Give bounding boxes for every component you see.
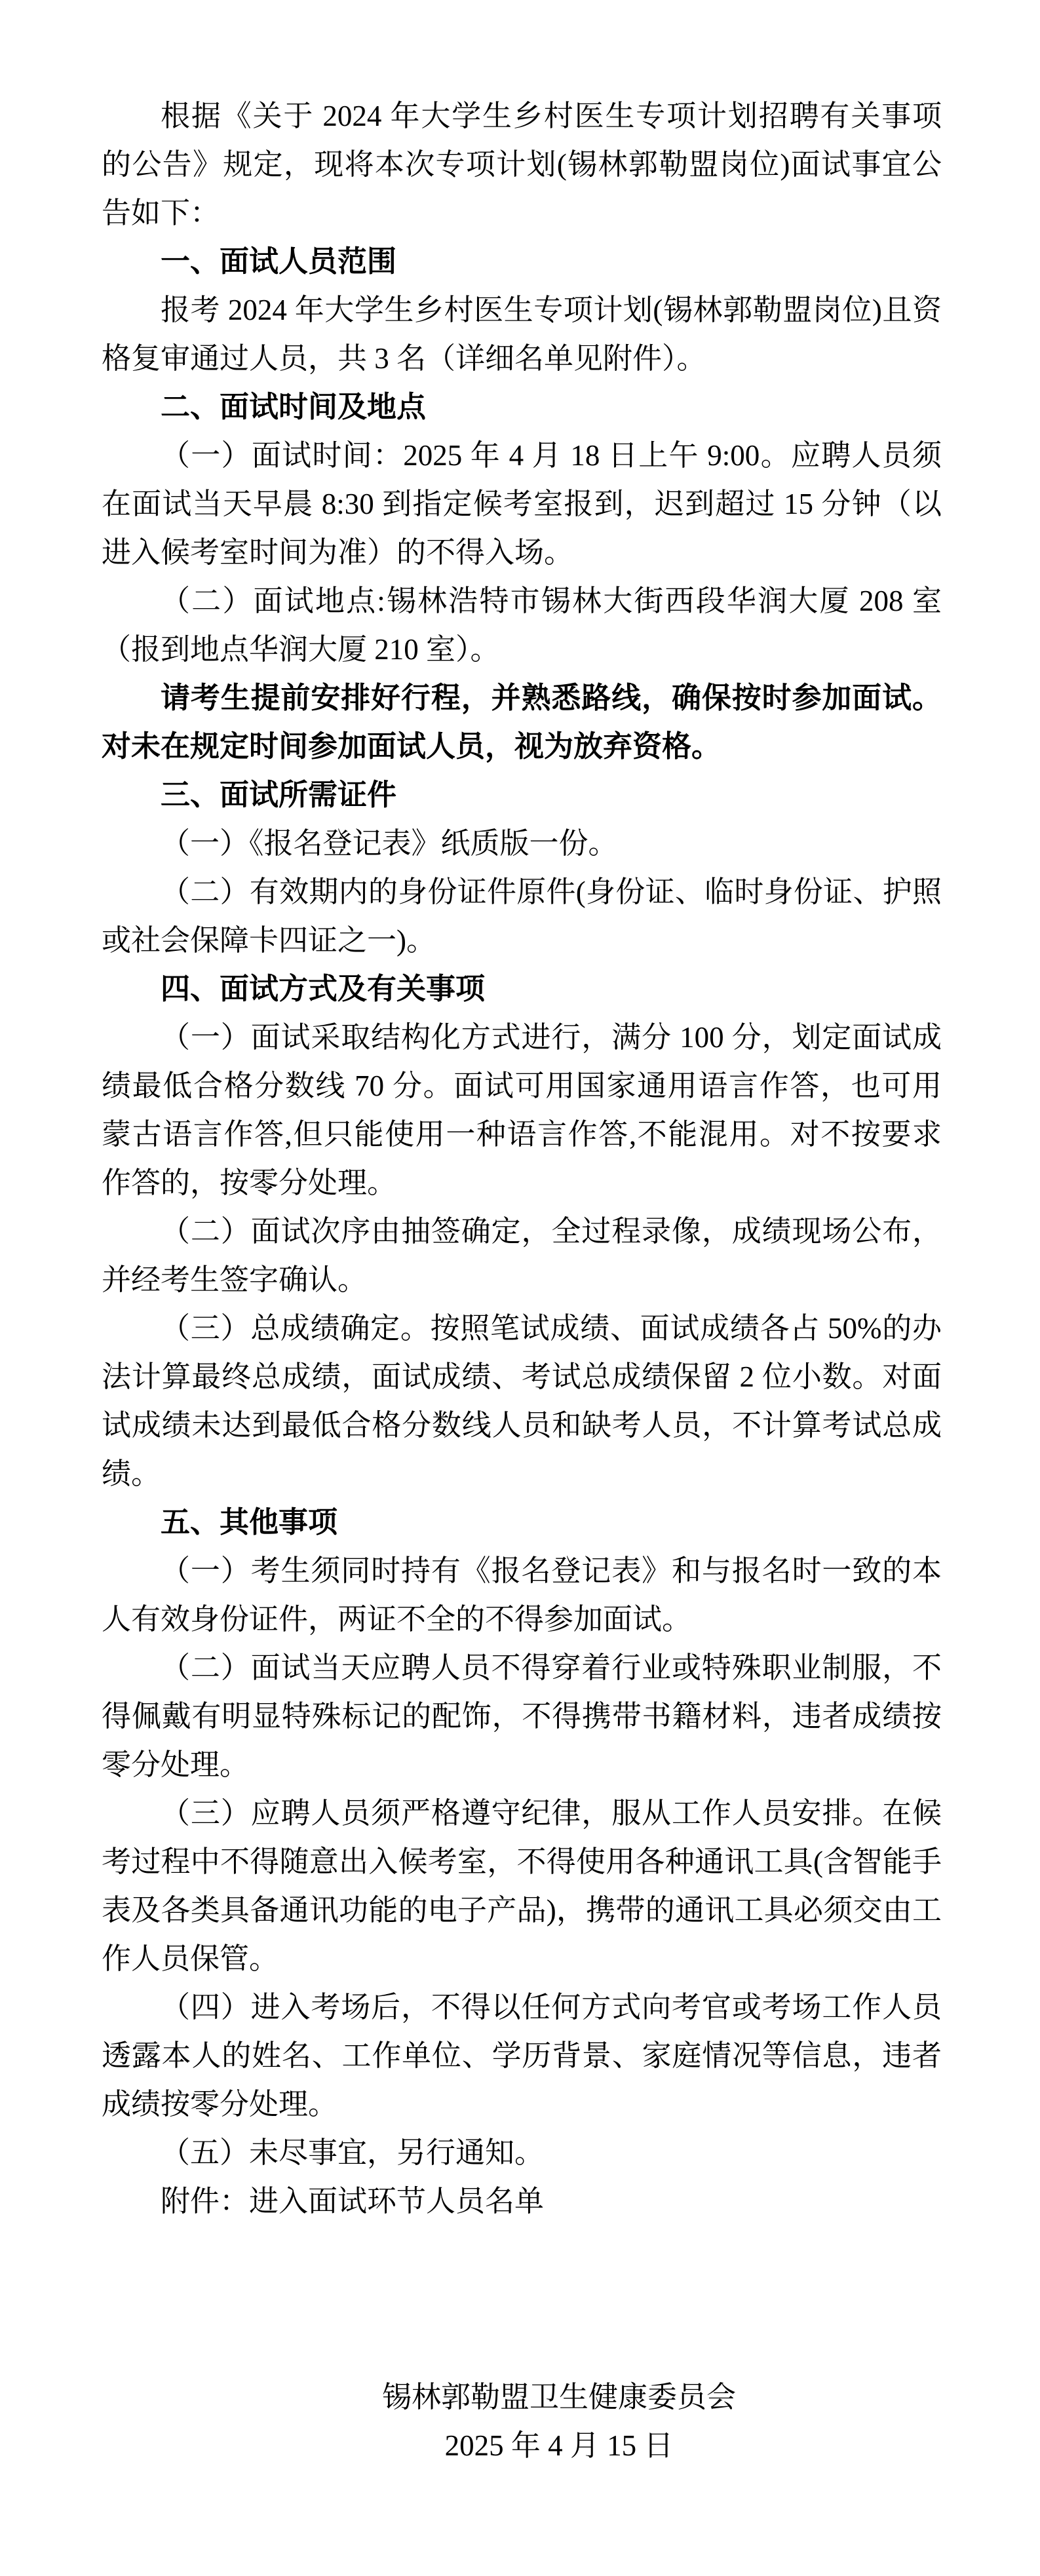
section-5-heading: 五、其他事项 xyxy=(102,1498,942,1547)
section-5-item-1: （一）考生须同时持有《报名登记表》和与报名时一致的本人有效身份证件，两证不全的不… xyxy=(102,1547,942,1644)
section-2-item-1: （一）面试时间：2025 年 4 月 18 日上午 9:00。应聘人员须在面试当… xyxy=(102,431,942,577)
section-4-item-1: （一）面试采取结构化方式进行，满分 100 分，划定面试成绩最低合格分数线 70… xyxy=(102,1013,942,1207)
section-5-item-3: （三）应聘人员须严格遵守纪律，服从工作人员安排。在候考过程中不得随意出入候考室，… xyxy=(102,1789,942,1983)
section-3-item-2: （二）有效期内的身份证件原件(身份证、临时身份证、护照或社会保障卡四证之一)。 xyxy=(102,868,942,965)
section-3-item-1: （一）《报名登记表》纸质版一份。 xyxy=(102,819,942,868)
section-2-item-2: （二）面试地点:锡林浩特市锡林大街西段华润大厦 208 室（报到地点华润大厦 2… xyxy=(102,577,942,674)
intro-paragraph: 根据《关于 2024 年大学生乡村医生专项计划招聘有关事项的公告》规定，现将本次… xyxy=(102,92,942,237)
section-4-item-2: （二）面试次序由抽签确定，全过程录像，成绩现场公布，并经考生签字确认。 xyxy=(102,1207,942,1304)
document-page: 根据《关于 2024 年大学生乡村医生专项计划招聘有关事项的公告》规定，现将本次… xyxy=(0,0,1040,2576)
section-4-item-3: （三）总成绩确定。按照笔试成绩、面试成绩各占 50%的办法计算最终总成绩，面试成… xyxy=(102,1304,942,1498)
section-1-paragraph: 报考 2024 年大学生乡村医生专项计划(锡林郭勒盟岗位)且资格复审通过人员，共… xyxy=(102,286,942,383)
attachment-line: 附件：进入面试环节人员名单 xyxy=(102,2177,942,2225)
notice-emphasis-paragraph: 请考生提前安排好行程，并熟悉路线，确保按时参加面试。对未在规定时间参加面试人员，… xyxy=(102,674,942,771)
issuer-signature: 锡林郭勒盟卫生健康委员会 xyxy=(139,2373,979,2421)
section-1-heading: 一、面试人员范围 xyxy=(102,237,942,286)
document-body: 根据《关于 2024 年大学生乡村医生专项计划招聘有关事项的公告》规定，现将本次… xyxy=(102,92,942,2225)
section-5-item-5: （五）未尽事宜，另行通知。 xyxy=(102,2128,942,2177)
issue-date: 2025 年 4 月 15 日 xyxy=(139,2421,979,2470)
section-4-heading: 四、面试方式及有关事项 xyxy=(102,965,942,1013)
signature-block: 锡林郭勒盟卫生健康委员会 2025 年 4 月 15 日 xyxy=(139,2373,979,2470)
section-3-heading: 三、面试所需证件 xyxy=(102,771,942,819)
section-5-item-4: （四）进入考场后，不得以任何方式向考官或考场工作人员透露本人的姓名、工作单位、学… xyxy=(102,1983,942,2128)
section-5-item-2: （二）面试当天应聘人员不得穿着行业或特殊职业制服，不得佩戴有明显特殊标记的配饰，… xyxy=(102,1644,942,1789)
section-2-heading: 二、面试时间及地点 xyxy=(102,383,942,431)
